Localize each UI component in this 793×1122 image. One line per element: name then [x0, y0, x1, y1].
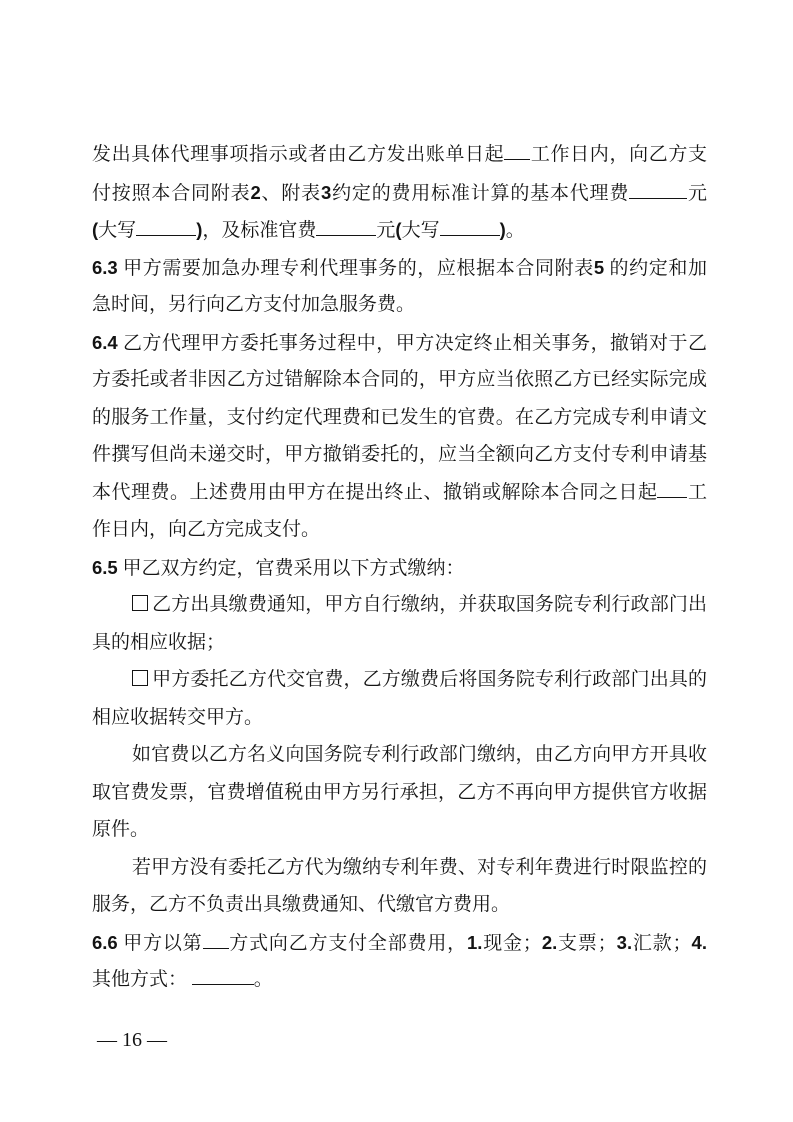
text-run: 汇款； [632, 933, 691, 954]
text-run: 乙方出具缴费通知，甲方自行缴纳，并获取国务院专利行政部门出 [152, 594, 707, 615]
text-run: 的服务工作量，支付约定代理费和已发生的官费。在乙方完成专利申请文 [92, 407, 707, 428]
text-line: 甲方委托乙方代交官费，乙方缴费后将国务院专利行政部门出具的 [92, 661, 707, 699]
text-line: 本代理费。上述费用由甲方在提出终止、撤销或解除本合同之日起工 [92, 474, 707, 512]
text-run: 原件。 [92, 819, 149, 840]
bold-number: 5 [594, 257, 604, 278]
text-line: 若甲方没有委托乙方代为缴纳专利年费、对专利年费进行时限监控的 [92, 849, 707, 887]
contract-page: 发出具体代理事项指示或者由乙方发出账单日起工作日内，向乙方支付按照本合同附表2、… [0, 0, 793, 1122]
blank-underline [203, 944, 229, 949]
text-run: 方委托或者非因乙方过错解除本合同的，甲方应当依照乙方已经实际完成 [92, 369, 707, 390]
checkbox-icon [132, 595, 148, 611]
text-run: 乙方代理甲方委托事务过程中，甲方决定终止相关事务，撤销对于乙 [118, 333, 707, 354]
text-run: 甲乙双方约定，官费采用以下方式缴纳： [118, 558, 465, 579]
text-run: 本代理费。上述费用由甲方在提出终止、撤销或解除本合同之日起 [92, 482, 657, 503]
text-run: 。 [506, 220, 525, 241]
text-run: 、附表 [261, 183, 321, 204]
text-run: 大写 [98, 220, 136, 241]
text-line: (大写)，及标准官费元(大写)。 [92, 211, 707, 249]
text-run: 工 [687, 482, 707, 503]
text-run: 元 [687, 183, 707, 204]
text-run: 方式向乙方支付全部费用， [229, 933, 467, 954]
text-line: 急时间，另行向乙方支付加急服务费。 [92, 286, 707, 324]
bold-number: 2 [250, 182, 260, 203]
text-line: 原件。 [92, 811, 707, 849]
text-line: 乙方出具缴费通知，甲方自行缴纳，并获取国务院专利行政部门出 [92, 586, 707, 624]
blank-underline [136, 231, 196, 236]
bold-number: 1. [467, 932, 482, 953]
text-run: 大写 [402, 220, 440, 241]
text-line: 服务，乙方不负责出具缴费通知、代缴官方费用。 [92, 886, 707, 924]
text-block: 发出具体代理事项指示或者由乙方发出账单日起工作日内，向乙方支付按照本合同附表2、… [92, 136, 707, 999]
text-line: 如官费以乙方名义向国务院专利行政部门缴纳，由乙方向甲方开具收 [92, 736, 707, 774]
text-run: ，及标准官费 [202, 220, 316, 241]
bold-number: 6.3 [92, 257, 118, 278]
text-line: 6.3 甲方需要加急办理专利代理事务的，应根据本合同附表5 的约定和加 [92, 249, 707, 287]
text-line: 相应收据转交甲方。 [92, 699, 707, 737]
text-line: 6.4 乙方代理甲方委托事务过程中，甲方决定终止相关事务，撤销对于乙 [92, 324, 707, 362]
blank-underline [192, 980, 254, 985]
bold-number: 3. [617, 932, 632, 953]
blank-underline [629, 194, 687, 199]
blank-underline [316, 231, 376, 236]
text-run: 工作日内，向乙方支 [530, 144, 707, 165]
text-run: 的约定和加 [604, 258, 707, 279]
text-line: 其他方式： 。 [92, 961, 707, 999]
text-line: 件撰写但尚未递交时，甲方撤销委托的，应当全额向乙方支付专利申请基 [92, 436, 707, 474]
text-line: 作日内，向乙方完成支付。 [92, 511, 707, 549]
text-run: 支票； [557, 933, 616, 954]
text-run: 如官费以乙方名义向国务院专利行政部门缴纳，由乙方向甲方开具收 [132, 744, 707, 765]
text-run: 其他方式： [92, 969, 192, 990]
text-run: 具的相应收据； [92, 632, 225, 653]
text-run: 。 [254, 969, 273, 990]
text-line: 发出具体代理事项指示或者由乙方发出账单日起工作日内，向乙方支 [92, 136, 707, 174]
text-run: 作日内，向乙方完成支付。 [92, 519, 320, 540]
text-run: 元 [376, 220, 395, 241]
text-run: 现金； [482, 933, 541, 954]
text-run: 急时间，另行向乙方支付加急服务费。 [92, 294, 415, 315]
text-line: 6.6 甲方以第方式向乙方支付全部费用，1.现金；2.支票；3.汇款；4. [92, 924, 707, 962]
text-run: 若甲方没有委托乙方代为缴纳专利年费、对专利年费进行时限监控的 [132, 857, 707, 878]
text-run: 相应收据转交甲方。 [92, 707, 263, 728]
bold-number: 6.4 [92, 332, 118, 353]
checkbox-icon [132, 670, 148, 686]
text-run: 服务，乙方不负责出具缴费通知、代缴官方费用。 [92, 894, 510, 915]
bold-number: 6.6 [92, 932, 118, 953]
bold-number: 6.5 [92, 557, 118, 578]
text-line: 方委托或者非因乙方过错解除本合同的，甲方应当依照乙方已经实际完成 [92, 361, 707, 399]
text-run: 付按照本合同附表 [92, 183, 250, 204]
text-line: 取官费发票，官费增值税由甲方另行承担，乙方不再向甲方提供官方收据 [92, 774, 707, 812]
text-run: 甲方需要加急办理专利代理事务的，应根据本合同附表 [118, 258, 594, 279]
blank-underline [504, 155, 530, 160]
text-line: 6.5 甲乙双方约定，官费采用以下方式缴纳： [92, 549, 707, 587]
bold-number: 4. [692, 932, 707, 953]
bold-number: 2. [542, 932, 557, 953]
text-line: 付按照本合同附表2、附表3约定的费用标准计算的基本代理费元 [92, 174, 707, 212]
bold-number: 3 [321, 182, 331, 203]
text-run: 甲方委托乙方代交官费，乙方缴费后将国务院专利行政部门出具的 [152, 669, 707, 690]
text-run: 取官费发票，官费增值税由甲方另行承担，乙方不再向甲方提供官方收据 [92, 782, 707, 803]
blank-underline [440, 231, 500, 236]
blank-underline [657, 493, 687, 498]
text-line: 具的相应收据； [92, 624, 707, 662]
page-footer: — 16 — [97, 1028, 167, 1052]
text-line: 的服务工作量，支付约定代理费和已发生的官费。在乙方完成专利申请文 [92, 399, 707, 437]
text-run: 件撰写但尚未递交时，甲方撤销委托的，应当全额向乙方支付专利申请基 [92, 444, 707, 465]
text-run: 约定的费用标准计算的基本代理费 [331, 183, 629, 204]
text-run: 甲方以第 [118, 933, 203, 954]
text-run: 发出具体代理事项指示或者由乙方发出账单日起 [92, 144, 504, 165]
